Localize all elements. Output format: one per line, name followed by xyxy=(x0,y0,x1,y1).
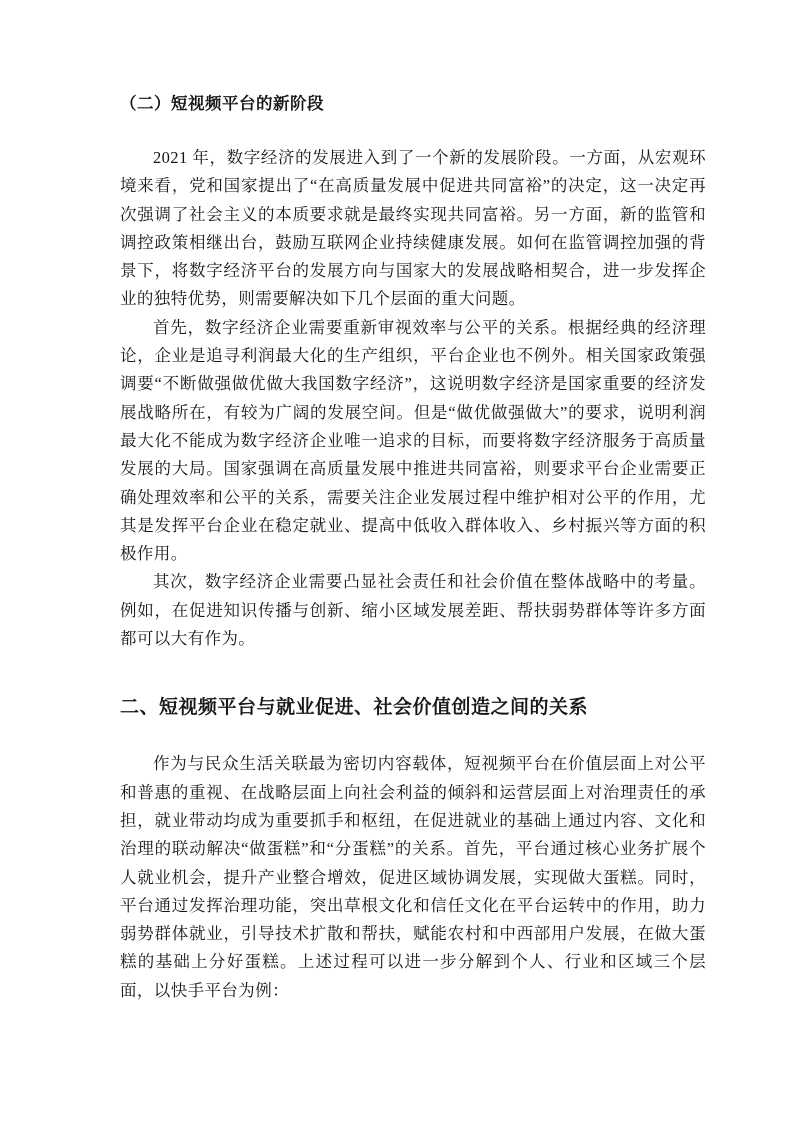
paragraph-social-responsibility: 其次，数字经济企业需要凸显社会责任和社会价值在整体战略中的考量。例如，在促进知识… xyxy=(120,568,706,653)
section-heading: 二、短视频平台与就业促进、社会价值创造之间的关系 xyxy=(120,693,706,723)
paragraph-macro-environment: 2021 年，数字经济的发展进入到了一个新的发展阶段。一方面，从宏观环境来看，党… xyxy=(120,144,706,314)
paragraph-employment-value: 作为与民众生活关联最为密切内容载体，短视频平台在价值层面上对公平和普惠的重视、在… xyxy=(120,750,706,1005)
document-page: （二）短视频平台的新阶段 2021 年，数字经济的发展进入到了一个新的发展阶段。… xyxy=(0,0,793,1122)
subsection-heading: （二）短视频平台的新阶段 xyxy=(120,90,706,118)
paragraph-efficiency-fairness: 首先，数字经济企业需要重新审视效率与公平的关系。根据经典的经济理论，企业是追寻利… xyxy=(120,314,706,569)
